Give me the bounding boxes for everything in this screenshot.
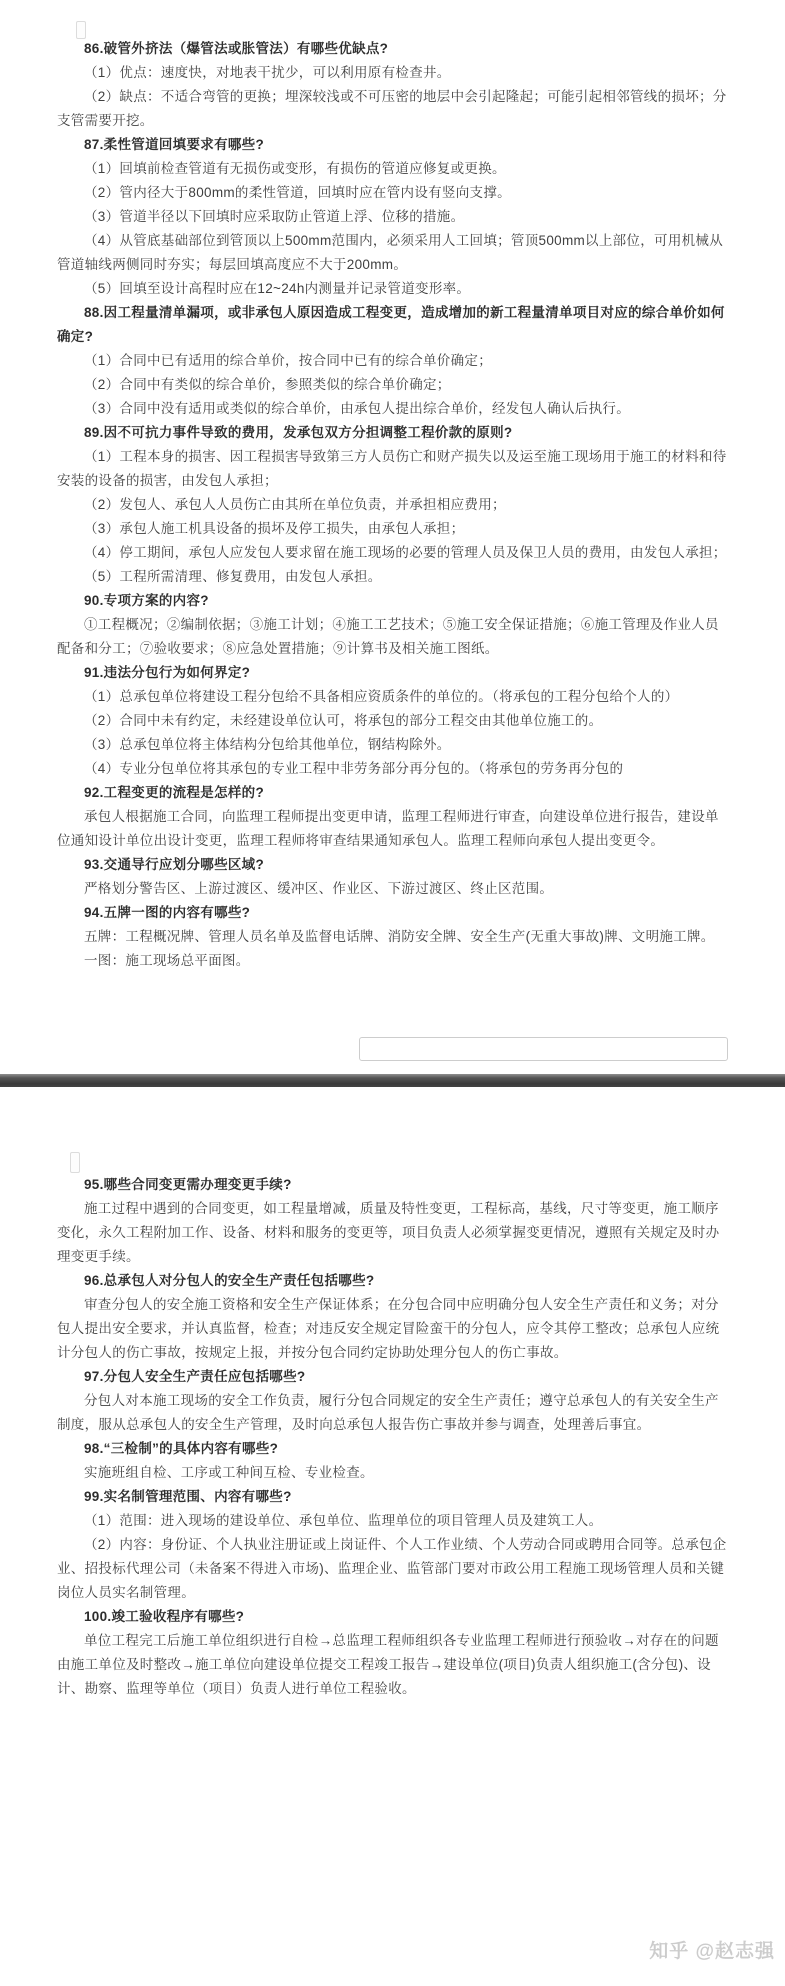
answer-paragraph: （5）工程所需清理、修复费用，由发包人承担。 xyxy=(57,565,728,589)
question-heading: 86.破管外挤法（爆管法或胀管法）有哪些优缺点? xyxy=(57,37,728,61)
page-divider-bar xyxy=(0,1074,785,1087)
missing-glyph-icon xyxy=(70,1152,80,1173)
answer-paragraph: （1）范围：进入现场的建设单位、承包单位、监理单位的项目管理人员及建筑工人。 xyxy=(57,1509,728,1533)
answer-paragraph: （3）合同中没有适用或类似的综合单价，由承包人提出综合单价，经发包人确认后执行。 xyxy=(57,397,728,421)
answer-paragraph: 承包人根据施工合同，向监理工程师提出变更申请，监理工程师进行审查，向建设单位进行… xyxy=(57,805,728,853)
answer-paragraph: 五牌：工程概况牌、管理人员名单及监督电话牌、消防安全牌、安全生产(无重大事故)牌… xyxy=(57,925,728,949)
answer-paragraph: 施工过程中遇到的合同变更，如工程量增减，质量及特性变更，工程标高，基线，尺寸等变… xyxy=(57,1197,728,1269)
answer-paragraph: （1）回填前检查管道有无损伤或变形，有损伤的管道应修复或更换。 xyxy=(57,157,728,181)
answer-paragraph: （2）合同中未有约定，未经建设单位认可，将承包的部分工程交由其他单位施工的。 xyxy=(57,709,728,733)
question-heading: 90.专项方案的内容? xyxy=(57,589,728,613)
answer-paragraph: 实施班组自检、工序或工种间互检、专业检查。 xyxy=(57,1461,728,1485)
answer-paragraph: （1）总承包单位将建设工程分包给不具备相应资质条件的单位的。（将承包的工程分包给… xyxy=(57,685,728,709)
answer-paragraph: 一图：施工现场总平面图。 xyxy=(57,949,728,973)
document-page-1: 86.破管外挤法（爆管法或胀管法）有哪些优缺点?（1）优点：速度快，对地表干扰少… xyxy=(0,0,785,1074)
answer-paragraph: （4）停工期间，承包人应发包人要求留在施工现场的必要的管理人员及保卫人员的费用，… xyxy=(57,541,728,565)
document-page-2: 95.哪些合同变更需办理变更手续?施工过程中遇到的合同变更，如工程量增减，质量及… xyxy=(0,1087,785,1986)
question-heading: 100.竣工验收程序有哪些? xyxy=(57,1605,728,1629)
watermark: 知乎 @赵志强 xyxy=(649,1936,775,1963)
answer-paragraph: 审查分包人的安全施工资格和安全生产保证体系；在分包合同中应明确分包人安全生产责任… xyxy=(57,1293,728,1365)
answer-paragraph: （1）合同中已有适用的综合单价，按合同中已有的综合单价确定； xyxy=(57,349,728,373)
answer-paragraph: （5）回填至设计高程时应在12~24h内测量并记录管道变形率。 xyxy=(57,277,728,301)
question-heading: 89.因不可抗力事件导致的费用，发承包双方分担调整工程价款的原则? xyxy=(57,421,728,445)
question-heading: 94.五牌一图的内容有哪些? xyxy=(57,901,728,925)
question-heading: 95.哪些合同变更需办理变更手续? xyxy=(57,1173,728,1197)
empty-input-box[interactable] xyxy=(359,1037,728,1061)
answer-paragraph: （4）从管底基础部位到管顶以上500mm范围内，必须采用人工回填；管顶500mm… xyxy=(57,229,728,277)
answer-paragraph: ①工程概况；②编制依据；③施工计划；④施工工艺技术；⑤施工安全保证措施；⑥施工管… xyxy=(57,613,728,661)
question-heading: 87.柔性管道回填要求有哪些? xyxy=(57,133,728,157)
answer-paragraph: （4）专业分包单位将其承包的专业工程中非劳务部分再分包的。（将承包的劳务再分包的 xyxy=(57,757,728,781)
answer-paragraph: 分包人对本施工现场的安全工作负责，履行分包合同规定的安全生产责任；遵守总承包人的… xyxy=(57,1389,728,1437)
question-heading: 88.因工程量清单漏项，或非承包人原因造成工程变更，造成增加的新工程量清单项目对… xyxy=(57,301,728,349)
answer-paragraph: （3）总承包单位将主体结构分包给其他单位，钢结构除外。 xyxy=(57,733,728,757)
page-1-text-blocks: 86.破管外挤法（爆管法或胀管法）有哪些优缺点?（1）优点：速度快，对地表干扰少… xyxy=(57,37,728,973)
question-heading: 98.“三检制”的具体内容有哪些? xyxy=(57,1437,728,1461)
answer-paragraph: （3）管道半径以下回填时应采取防止管道上浮、位移的措施。 xyxy=(57,205,728,229)
missing-glyph-icon xyxy=(76,21,86,39)
answer-paragraph: 严格划分警告区、上游过渡区、缓冲区、作业区、下游过渡区、终止区范围。 xyxy=(57,877,728,901)
question-heading: 99.实名制管理范围、内容有哪些? xyxy=(57,1485,728,1509)
question-heading: 96.总承包人对分包人的安全生产责任包括哪些? xyxy=(57,1269,728,1293)
question-heading: 91.违法分包行为如何界定? xyxy=(57,661,728,685)
answer-paragraph: （2）缺点：不适合弯管的更换；埋深较浅或不可压密的地层中会引起隆起；可能引起相邻… xyxy=(57,85,728,133)
answer-paragraph: （3）承包人施工机具设备的损坏及停工损失，由承包人承担； xyxy=(57,517,728,541)
answer-paragraph: （1）优点：速度快，对地表干扰少，可以利用原有检查井。 xyxy=(57,61,728,85)
answer-paragraph: （2）内容：身份证、个人执业注册证或上岗证件、个人工作业绩、个人劳动合同或聘用合… xyxy=(57,1533,728,1605)
answer-paragraph: （2）管内径大于800mm的柔性管道，回填时应在管内设有竖向支撑。 xyxy=(57,181,728,205)
answer-paragraph: 单位工程完工后施工单位组织进行自检→总监理工程师组织各专业监理工程师进行预验收→… xyxy=(57,1629,728,1701)
answer-paragraph: （2）合同中有类似的综合单价，参照类似的综合单价确定； xyxy=(57,373,728,397)
answer-paragraph: （2）发包人、承包人人员伤亡由其所在单位负责，并承担相应费用； xyxy=(57,493,728,517)
question-heading: 92.工程变更的流程是怎样的? xyxy=(57,781,728,805)
answer-paragraph: （1）工程本身的损害、因工程损害导致第三方人员伤亡和财产损失以及运至施工现场用于… xyxy=(57,445,728,493)
question-heading: 93.交通导行应划分哪些区域? xyxy=(57,853,728,877)
question-heading: 97.分包人安全生产责任应包括哪些? xyxy=(57,1365,728,1389)
page-2-text-blocks: 95.哪些合同变更需办理变更手续?施工过程中遇到的合同变更，如工程量增减，质量及… xyxy=(57,1173,728,1701)
document-screenshot: 86.破管外挤法（爆管法或胀管法）有哪些优缺点?（1）优点：速度快，对地表干扰少… xyxy=(0,0,785,1986)
